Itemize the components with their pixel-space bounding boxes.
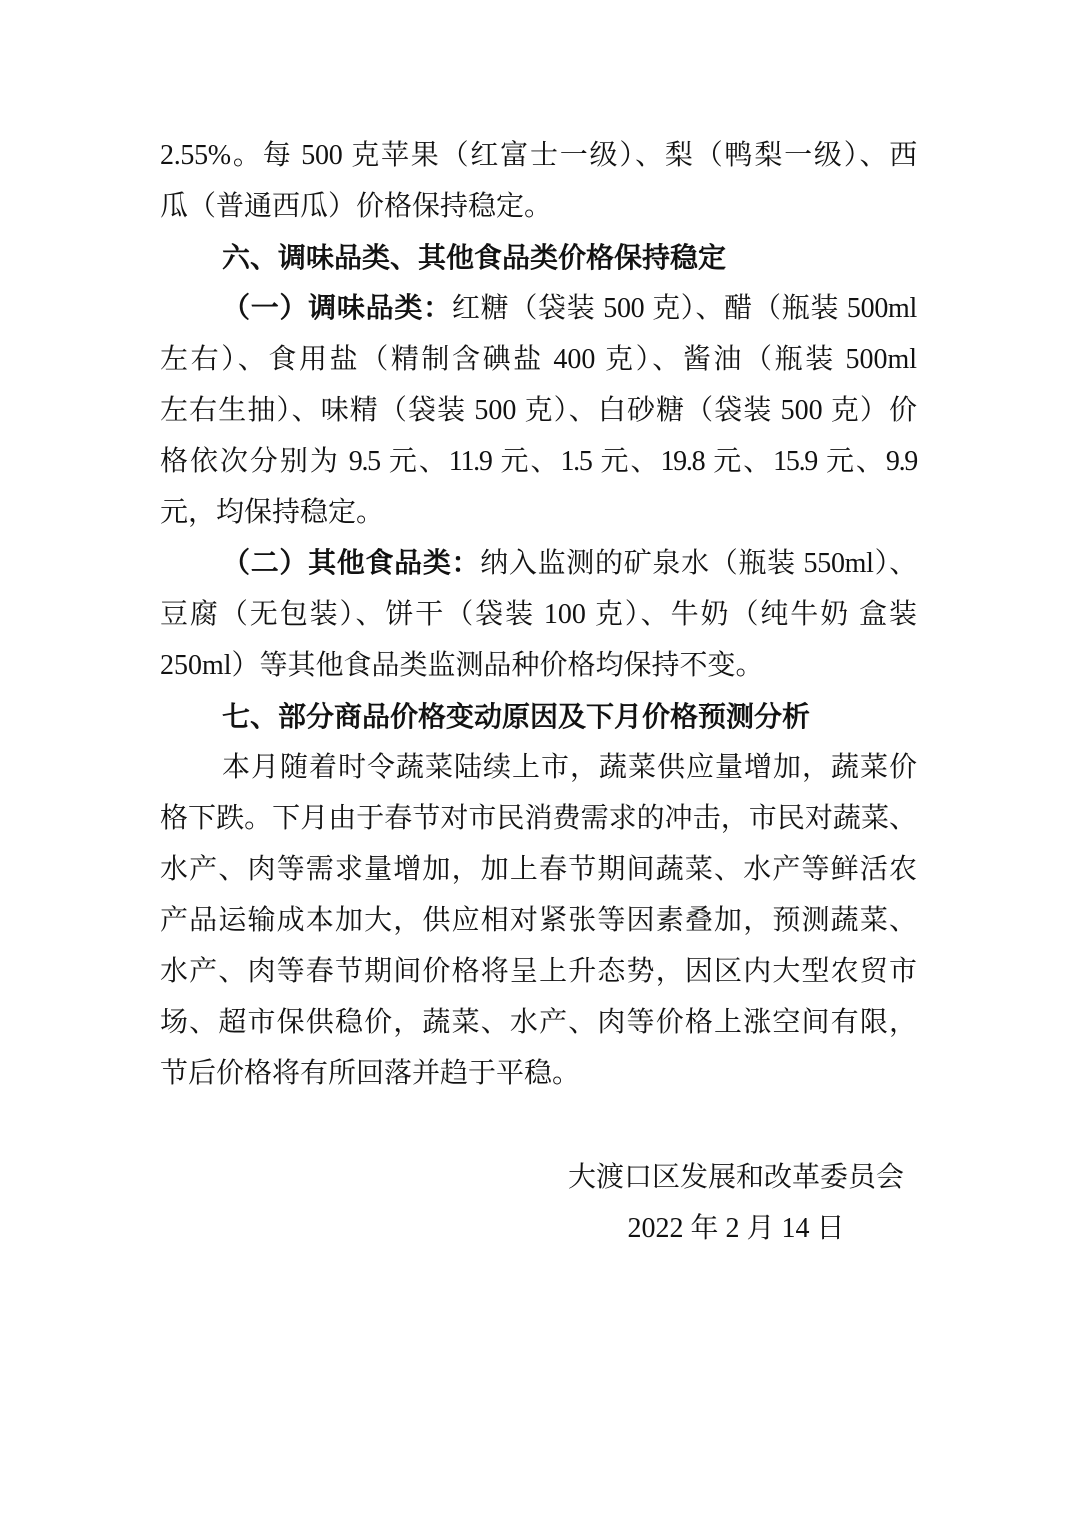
text-line: 水产、肉等需求量增加，加上春节期间蔬菜、水产等鲜活农 bbox=[160, 844, 917, 895]
text-line: 豆腐（无包装）、饼干（袋装 100 克）、牛奶（纯牛奶 盒装 bbox=[160, 589, 917, 640]
text-line: 瓜（普通西瓜）价格保持稳定。 bbox=[160, 181, 917, 232]
item-2-label: （二）其他食品类： bbox=[222, 548, 480, 579]
text-line: 场、超市保供稳价，蔬菜、水产、肉等价格上涨空间有限， bbox=[160, 997, 917, 1048]
text-line: 格下跌。下月由于春节对市民消费需求的冲击，市民对蔬菜、 bbox=[160, 793, 917, 844]
text-line: （二）其他食品类：纳入监测的矿泉水（瓶装 550ml）、 bbox=[160, 538, 917, 589]
text-line: 本月随着时令蔬菜陆续上市，蔬菜供应量增加，蔬菜价 bbox=[160, 742, 917, 793]
text-line: 水产、肉等春节期间价格将呈上升态势，因区内大型农贸市 bbox=[160, 946, 917, 997]
item-1-label: （一）调味品类： bbox=[222, 293, 452, 324]
text-line: （一）调味品类：红糖（袋装 500 克）、醋（瓶装 500ml bbox=[160, 283, 917, 334]
line-text: 红糖（袋装 500 克）、醋（瓶装 500ml bbox=[452, 293, 917, 324]
issuer-signature: 大渡口区发展和改革委员会 bbox=[568, 1152, 904, 1203]
line-text: 纳入监测的矿泉水（瓶装 550ml）、 bbox=[480, 548, 917, 579]
text-line: 格依次分别为 9.5 元、11.9 元、1.5 元、19.8 元、15.9 元、… bbox=[160, 436, 917, 487]
text-line: 元，均保持稳定。 bbox=[160, 487, 917, 538]
signoff-inner: 大渡口区发展和改革委员会 2022 年 2 月 14 日 bbox=[568, 1152, 904, 1254]
text-line: 250ml）等其他食品类监测品种价格均保持不变。 bbox=[160, 640, 917, 691]
text-line: 2.55%。每 500 克苹果（红富士一级）、梨（鸭梨一级）、西 bbox=[160, 130, 917, 181]
text-line: 左右生抽）、味精（袋装 500 克）、白砂糖（袋装 500 克）价 bbox=[160, 385, 917, 436]
document-page: 2.55%。每 500 克苹果（红富士一级）、梨（鸭梨一级）、西 瓜（普通西瓜）… bbox=[0, 0, 1074, 1520]
text-line: 产品运输成本加大，供应相对紧张等因素叠加，预测蔬菜、 bbox=[160, 895, 917, 946]
document-body: 2.55%。每 500 克苹果（红富士一级）、梨（鸭梨一级）、西 瓜（普通西瓜）… bbox=[160, 130, 917, 1099]
text-line: 节后价格将有所回落并趋于平稳。 bbox=[160, 1048, 917, 1099]
section-7-heading: 七、部分商品价格变动原因及下月价格预测分析 bbox=[160, 691, 917, 742]
signoff-block: 大渡口区发展和改革委员会 2022 年 2 月 14 日 bbox=[160, 1152, 917, 1254]
section-6-heading: 六、调味品类、其他食品类价格保持稳定 bbox=[160, 232, 917, 283]
issue-date: 2022 年 2 月 14 日 bbox=[568, 1203, 904, 1254]
text-line: 左右）、食用盐（精制含碘盐 400 克）、酱油（瓶装 500ml bbox=[160, 334, 917, 385]
